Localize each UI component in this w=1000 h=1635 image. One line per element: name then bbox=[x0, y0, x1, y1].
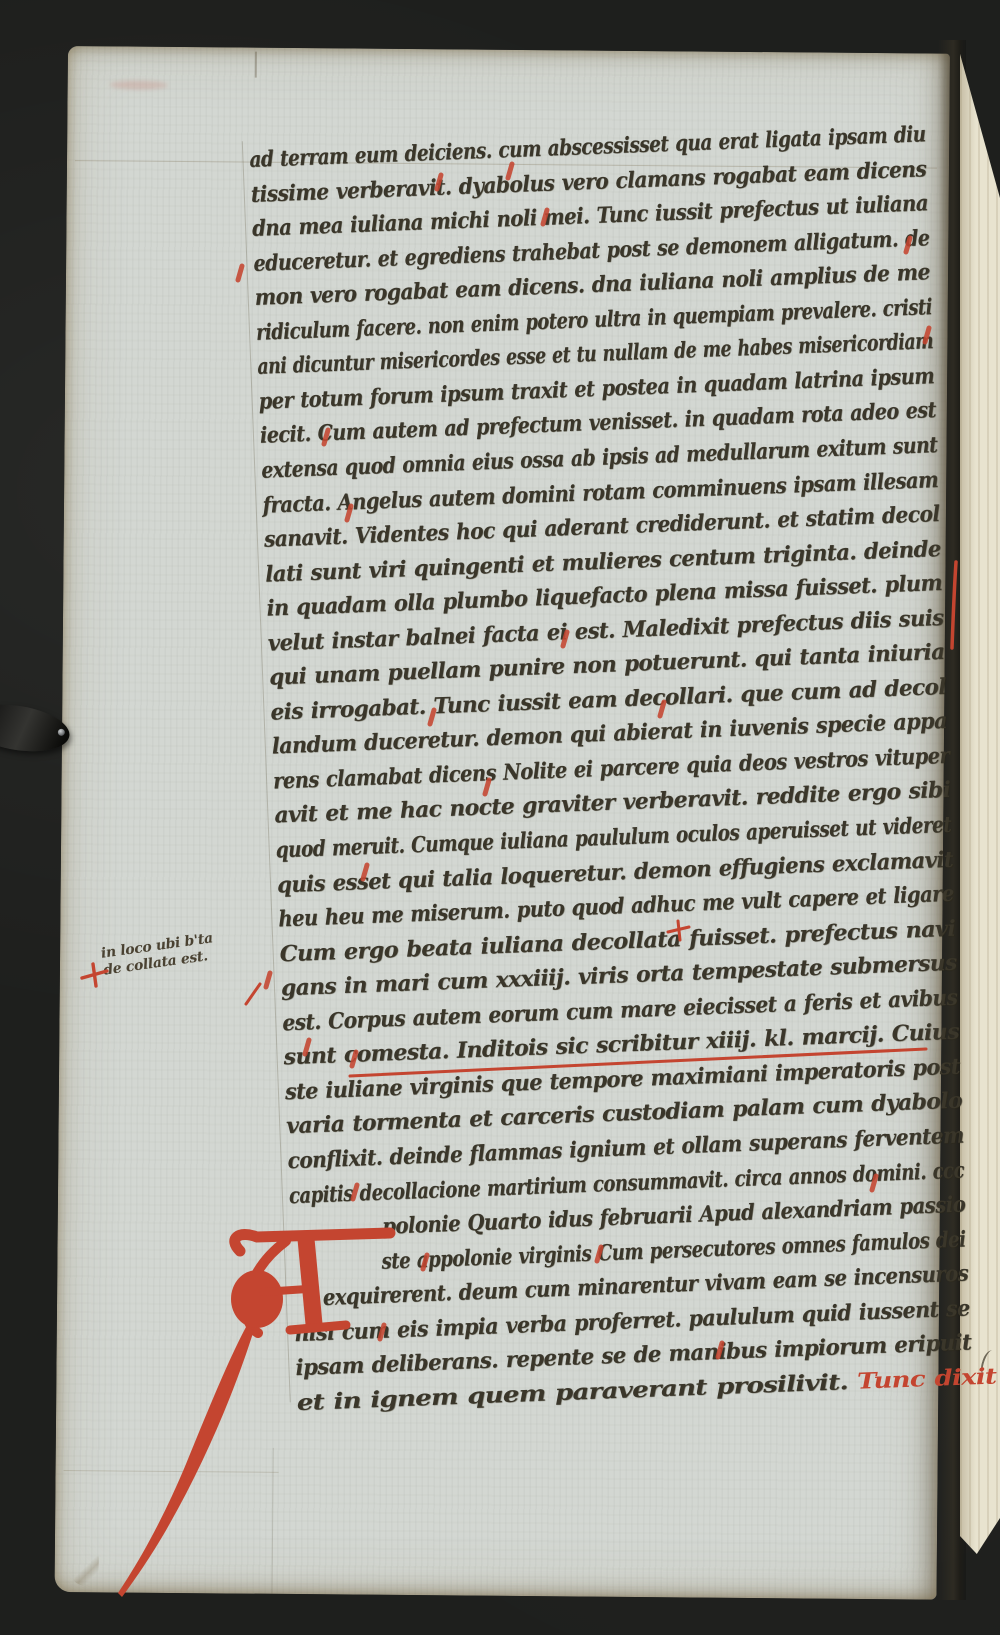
ruling-tick bbox=[255, 52, 257, 78]
photo-background: ad terram eum deiciens. cum abscessisset… bbox=[0, 0, 1000, 1635]
ink-smudge bbox=[110, 80, 168, 90]
closing-red-words: Tunc dixit bbox=[847, 1363, 997, 1395]
crease-line-vertical bbox=[272, 1448, 274, 1594]
corner-fold bbox=[69, 1556, 99, 1586]
text-block: ad terram eum deiciens. cum abscessisset… bbox=[249, 120, 1000, 1436]
crease-line bbox=[64, 1470, 279, 1473]
